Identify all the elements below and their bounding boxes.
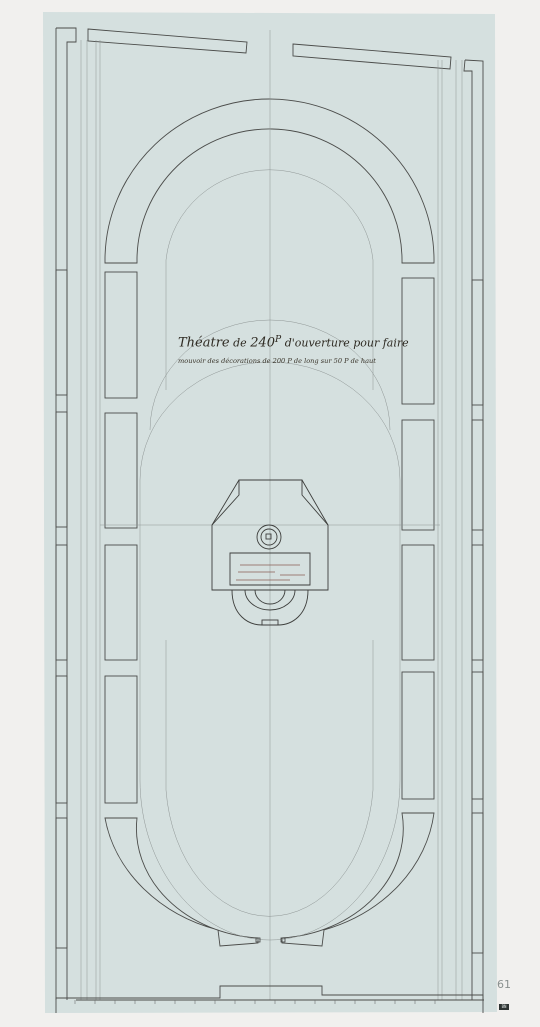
- sheet-number: 61: [497, 978, 511, 991]
- architectural-drawing-sheet: Théatre de 240P d'ouverture pour faire m…: [0, 0, 540, 1027]
- title-size: 240: [250, 336, 275, 351]
- title-word: Théatre: [178, 336, 230, 351]
- theatre-plan-drawing: [0, 0, 540, 1027]
- library-stamp: BN: [499, 1004, 509, 1010]
- drawing-subtitle: mouvoir des décorations de 200 P de long…: [178, 357, 376, 365]
- title-rest: d'ouverture pour faire: [285, 337, 409, 350]
- title-unit: P: [275, 334, 281, 345]
- title-de: de: [233, 337, 247, 350]
- drawing-title: Théatre de 240P d'ouverture pour faire: [178, 334, 409, 351]
